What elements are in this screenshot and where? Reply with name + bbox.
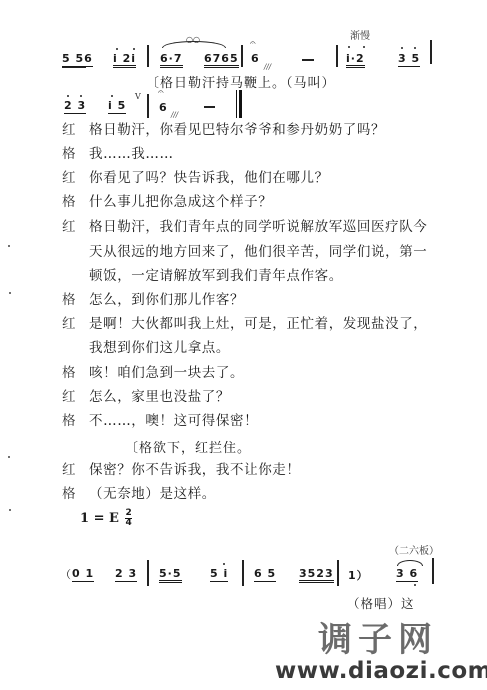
speck: [9, 509, 11, 511]
note-group: 2 3: [115, 567, 137, 580]
bar-line: [147, 94, 149, 118]
bar-line: [430, 40, 432, 64]
note-group-4: 6765: [204, 52, 239, 65]
speck: [8, 456, 10, 458]
note-text: 6765: [204, 52, 239, 68]
line-text: 什么事儿把你急成这个样子？: [89, 194, 272, 210]
line-text-continued: 顿饭，一定请解放军到我们青年点作客。: [89, 267, 343, 285]
dialogue-line: 格什么事儿把你急成这个样子？: [62, 193, 272, 211]
line-text: 怎么，到你们那儿作客？: [89, 292, 244, 308]
speaker-label: 格: [62, 412, 89, 430]
high-dot: [67, 95, 69, 97]
stage-direction: 〔格欲下，红拦住。: [125, 437, 251, 456]
speaker-label: 红: [62, 218, 89, 236]
tempo-mark: 渐慢: [350, 27, 370, 42]
line-text-continued: 天从很远的地方回来了，他们很辛苦，同学们说，第一: [89, 243, 427, 261]
key-signature: 1 = E 2 4: [80, 509, 132, 528]
note-text: 2 3: [64, 99, 86, 114]
speaker-label: 红: [62, 461, 89, 479]
high-dot: [348, 46, 350, 48]
high-dot: [401, 47, 403, 49]
line-text: 你看见了吗？快告诉我，他们在哪儿？: [89, 170, 329, 186]
line-text: 格日勒汗，你看见巴特尔爷爷和参丹奶奶了吗？: [89, 122, 385, 138]
dialogue-line: 红你看见了吗？快告诉我，他们在哪儿？: [62, 169, 329, 187]
underline: [62, 67, 86, 68]
note-group: 6 5: [254, 567, 276, 580]
dialogue-line: 红保密？你不告诉我，我不让你走！: [62, 461, 301, 479]
note-group: 1）: [348, 567, 369, 583]
bar-line: [337, 560, 339, 586]
note-group-5: i·2: [346, 52, 365, 65]
watermark-url: www.diaozi.com: [275, 658, 487, 684]
dialogue-line: 格（无奈地）是这样。: [62, 485, 216, 503]
speaker-label: 红: [62, 388, 89, 406]
line-text: 怎么，家里也没盐了？: [89, 389, 230, 405]
note-group-1: 5 56: [62, 52, 93, 65]
dialogue-line: 红是啊！大伙都叫我上灶，可是，正忙着，发现盐没了，: [62, 315, 427, 333]
note-text: 2 3: [115, 567, 137, 582]
high-dot: [223, 563, 225, 565]
section-label: （二六板）: [389, 542, 439, 557]
high-dot: [116, 48, 118, 50]
note-text: 6 5: [254, 567, 276, 582]
speaker-label: 红: [62, 121, 89, 139]
lyric-label: （格唱）这: [347, 594, 415, 612]
line-text: 不……，噢！这可得保密！: [89, 413, 258, 429]
tremolo-mark: ///: [264, 63, 271, 71]
bar-line: [147, 560, 149, 586]
speaker-label: 格: [62, 364, 89, 382]
note-text: 6·7: [160, 52, 183, 68]
note-6: 6: [159, 101, 168, 114]
line-text: （无奈地）是这样。: [89, 486, 216, 502]
note-group-8: i 5: [108, 99, 126, 112]
bar-line: [432, 558, 434, 584]
dialogue-line: 红怎么，家里也没盐了？: [62, 388, 230, 406]
speaker-label: 格: [62, 145, 89, 163]
ornament-mark: ○○: [186, 35, 200, 44]
note-text: 0 1: [72, 567, 94, 582]
speck: [9, 292, 11, 294]
dialogue-line: 格我……我……: [62, 145, 174, 163]
note-group: 5 i: [210, 567, 228, 580]
high-dot: [363, 46, 365, 48]
bar-line: [336, 45, 338, 67]
line-text: 保密？你不告诉我，我不让你走！: [89, 462, 301, 478]
line-text: 咳！咱们急到一块去了。: [89, 365, 244, 381]
dialogue-line: 红格日勒汗，你看见巴特尔爷爷和参丹奶奶了吗？: [62, 121, 385, 139]
tremolo-mark: ///: [171, 111, 178, 119]
time-bottom: 4: [125, 519, 131, 528]
note-text: 5·5: [159, 567, 182, 583]
speaker-label: 格: [62, 291, 89, 309]
note-text: 3 5: [398, 52, 420, 67]
line-text-continued: 我想到你们这儿拿点。: [89, 339, 230, 357]
dialogue-line: 格咳！咱们急到一块去了。: [62, 364, 244, 382]
note-text: 5 56: [62, 52, 93, 67]
line-text: 是啊！大伙都叫我上灶，可是，正忙着，发现盐没了，: [89, 316, 427, 332]
note-group: 3 6: [396, 567, 418, 580]
speaker-label: 格: [62, 485, 89, 503]
high-dot: [414, 47, 416, 49]
low-dot: [414, 584, 416, 586]
note-text: 3523: [299, 567, 334, 583]
note-group-6: 3 5: [398, 52, 420, 65]
note-text: i·2: [346, 52, 365, 68]
line-text: 我……我……: [89, 146, 174, 162]
note-group: 0 1: [72, 567, 94, 580]
note-group-3: 6·7: [160, 52, 183, 65]
speaker-label: 红: [62, 315, 89, 333]
note-6: 6: [251, 52, 260, 65]
high-dot: [111, 95, 113, 97]
final-barline-thick: [239, 90, 242, 118]
note-text: 3 6: [396, 567, 418, 582]
extension-dash: [302, 59, 314, 61]
extension-dash: [204, 106, 215, 108]
note-text: i 5: [108, 99, 126, 114]
speaker-label: 红: [62, 169, 89, 187]
breath-mark: V: [135, 92, 141, 101]
key-label: 1 = E: [80, 511, 119, 526]
open-paren: （: [60, 566, 72, 582]
bar-line: [147, 45, 149, 67]
high-dot: [80, 95, 82, 97]
note-group-7: 2 3: [64, 99, 86, 112]
dialogue-line: 格不……，噢！这可得保密！: [62, 412, 258, 430]
final-barline-thin: [236, 90, 237, 118]
note-group: 5·5: [159, 567, 182, 580]
note-group: 3523: [299, 567, 334, 580]
line-text: 格日勒汗，我们青年点的同学听说解放军巡回医疗队今: [89, 219, 427, 235]
note-text: i 2i: [113, 52, 136, 68]
speck: [8, 245, 10, 247]
time-signature: 2 4: [125, 509, 131, 528]
bar-line: [242, 560, 244, 586]
fermata-icon: 𝄐: [250, 38, 256, 49]
note-group-2: i 2i: [113, 52, 136, 65]
fermata-icon: 𝄐: [158, 87, 164, 98]
high-dot: [133, 48, 135, 50]
slur: [397, 560, 423, 566]
stage-direction: 〔格日勒汗持马鞭上。（马叫）: [146, 72, 336, 91]
note-text: 5 i: [210, 567, 228, 582]
bar-line: [241, 45, 243, 67]
watermark-title: 调子网: [318, 612, 438, 661]
dialogue-line: 红格日勒汗，我们青年点的同学听说解放军巡回医疗队今: [62, 218, 427, 236]
dialogue-line: 格怎么，到你们那儿作客？: [62, 291, 244, 309]
speaker-label: 格: [62, 193, 89, 211]
